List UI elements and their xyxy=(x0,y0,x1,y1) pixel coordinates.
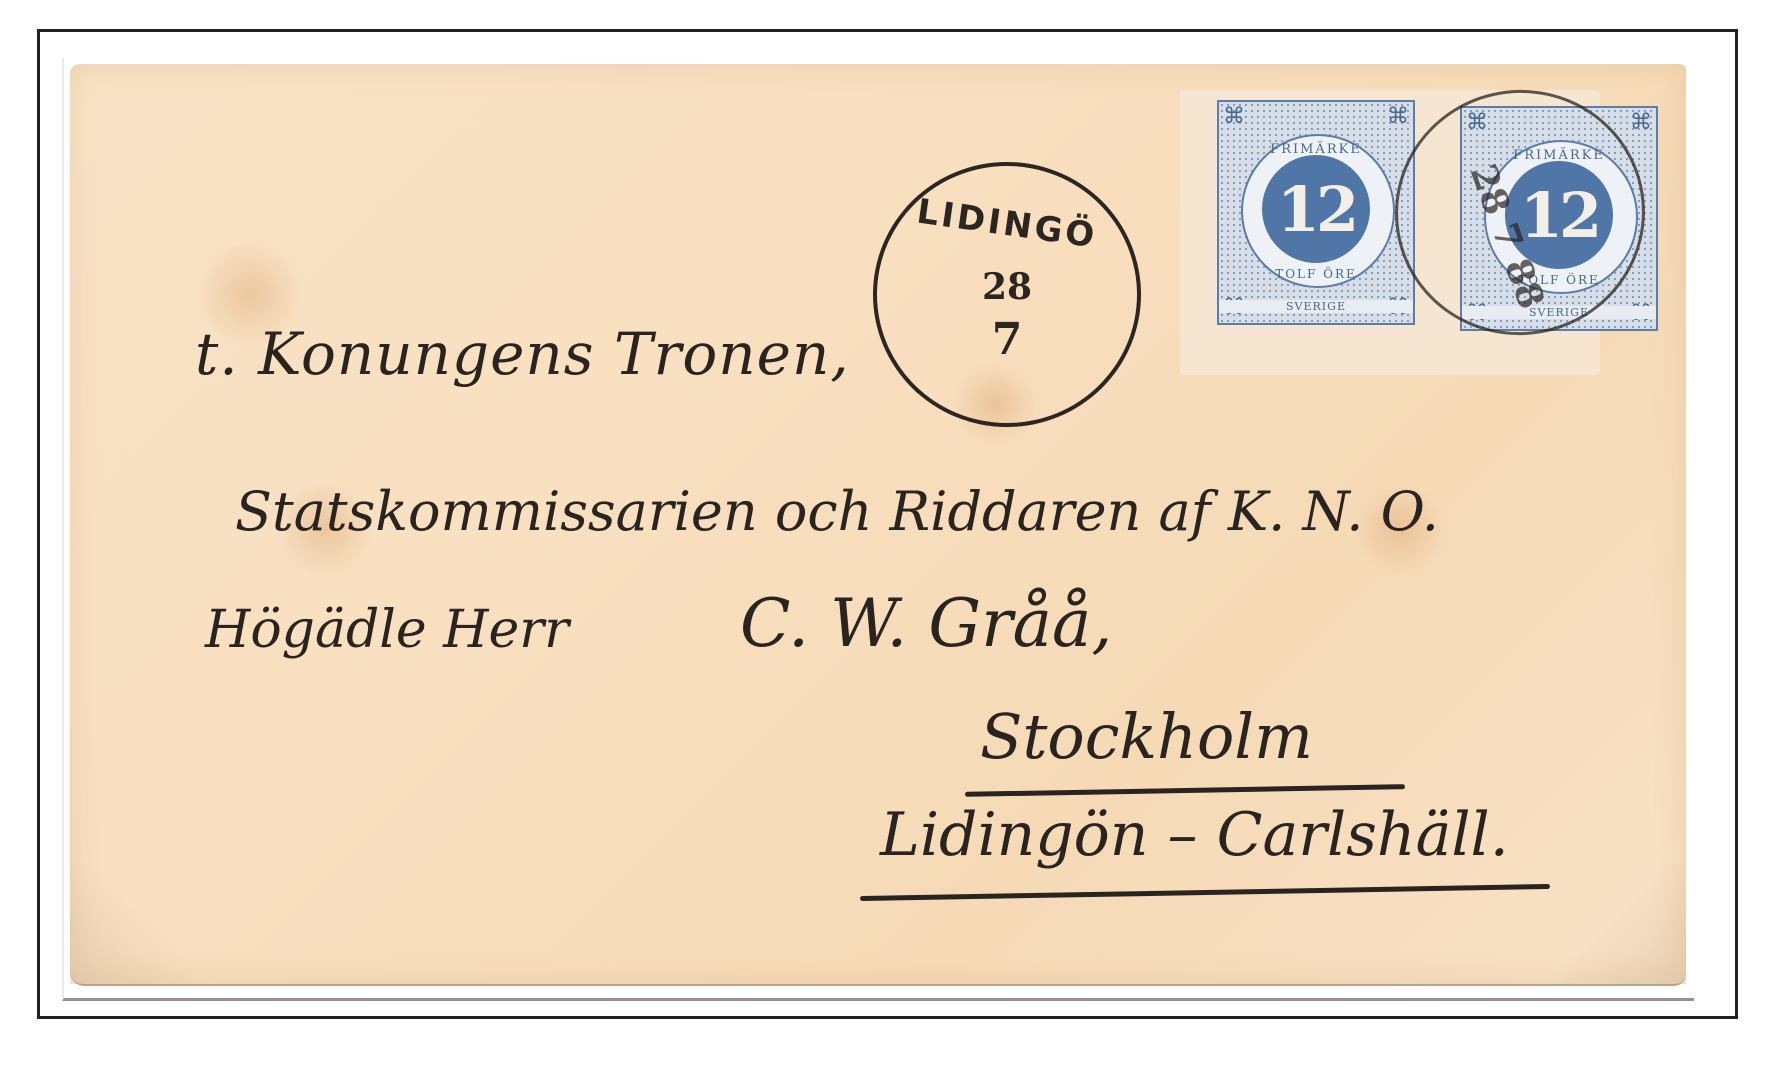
stamp-numeral: 12 xyxy=(1277,173,1355,246)
corner-ornament-icon: ⌘ xyxy=(1387,106,1409,128)
lidingo-postmark: LIDINGÖ 28 7 xyxy=(873,162,1141,427)
postmark-month: 7 xyxy=(877,314,1137,365)
addressee-name: C. W. Gråå, xyxy=(740,585,1112,662)
envelope-corner-fold xyxy=(70,864,190,984)
stamp-value-text: TOLF ÖRE xyxy=(1219,267,1413,281)
envelope-corner-fold xyxy=(1566,864,1686,984)
corner-ornament-icon: ⌘ xyxy=(1630,112,1652,134)
address-city: Stockholm xyxy=(980,700,1313,773)
stamp-country: SVERIGE xyxy=(1219,300,1413,313)
postmark-town: LIDINGÖ xyxy=(875,186,1138,262)
address-line-3: Högädle Herr xyxy=(205,600,569,660)
address-locality: Lidingön – Carlshäll. xyxy=(880,800,1509,870)
corner-ornament-icon: ⌘ xyxy=(1223,106,1245,128)
address-line-2: Statskommissarien och Riddaren af K. N. … xyxy=(235,480,1439,543)
stamp-disc: 12 xyxy=(1262,155,1370,263)
cancellation-text: 28 7 88 xyxy=(1462,159,1553,315)
address-line-1: t. Konungens Tronen, xyxy=(195,320,850,388)
postmark-day: 28 xyxy=(877,266,1137,308)
stamp-12-ore-left: ⌘ ⌘ ⌘ ⌘ FRIMÄRKE 12 TOLF ÖRE SVERIGE xyxy=(1217,100,1415,325)
